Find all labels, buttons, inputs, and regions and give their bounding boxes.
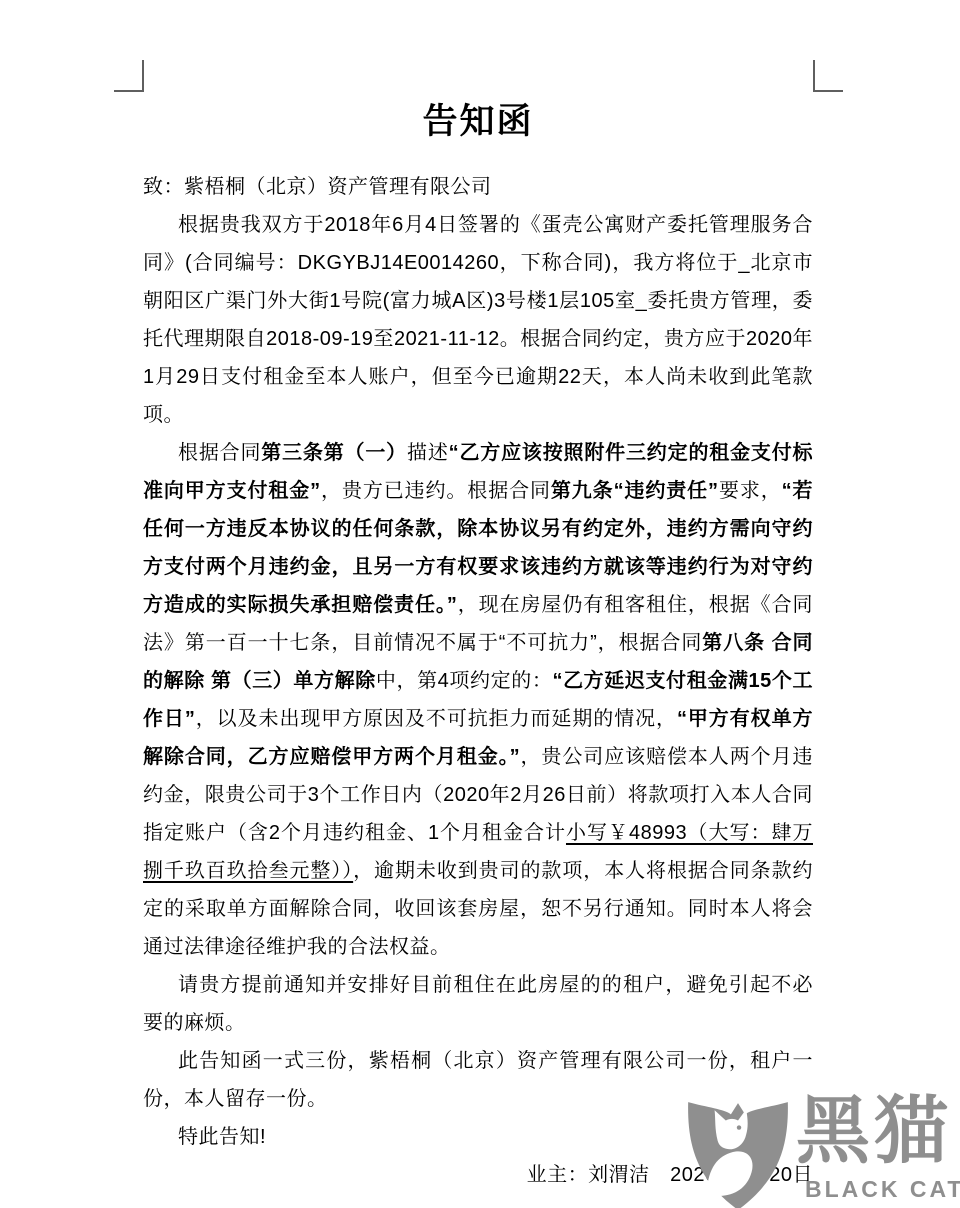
text-run: 特此告知!: [178, 1126, 266, 1148]
text-run: 要求，: [719, 480, 782, 502]
document-body: 致：紫梧桐（北京）资产管理有限公司根据贵我双方于2018年6月4日签署的《蛋壳公…: [143, 168, 813, 1194]
document-page: 告知函 致：紫梧桐（北京）资产管理有限公司根据贵我双方于2018年6月4日签署的…: [0, 0, 960, 1208]
text-boundary-mark-left: [114, 60, 144, 92]
text-run: 根据贵我双方于2018年6月4日签署的《蛋壳公寓财产委托管理服务合同》(合同编号…: [143, 214, 813, 426]
recipient-line: 致：紫梧桐（北京）资产管理有限公司: [143, 168, 813, 206]
letter-content: 告知函 致：紫梧桐（北京）资产管理有限公司根据贵我双方于2018年6月4日签署的…: [143, 94, 813, 1194]
text-run: 描述: [407, 442, 449, 464]
black-cat-watermark: 黑猫 BLACK CAT: [684, 1092, 960, 1208]
text-run: ，贵方已违约。根据合同: [321, 480, 551, 502]
page-title: 告知函: [143, 94, 813, 144]
text-run: ，以及未出现甲方原因及不可抗拒力而延期的情况，: [195, 708, 677, 730]
text-run: 第九条“违约责任”: [551, 480, 719, 502]
text-run: 致：紫梧桐（北京）资产管理有限公司: [143, 176, 492, 198]
text-run: 中，第4项约定的：: [376, 670, 553, 692]
text-run: 根据合同: [178, 442, 261, 464]
black-cat-shield-icon: [684, 1094, 792, 1208]
paragraph-contract-info: 根据贵我双方于2018年6月4日签署的《蛋壳公寓财产委托管理服务合同》(合同编号…: [143, 206, 813, 434]
black-cat-logo-en-text: BLACK CAT: [805, 1176, 960, 1203]
text-run: 第三条第（一）: [261, 442, 407, 464]
paragraph-notify-tenant: 请贵方提前通知并安排好目前租住在此房屋的的租户，避免引起不必要的麻烦。: [143, 966, 813, 1042]
black-cat-logo-cn-text: 黑猫: [796, 1088, 952, 1174]
text-run: 请贵方提前通知并安排好目前租住在此房屋的的租户，避免引起不必要的麻烦。: [143, 974, 813, 1034]
paragraph-breach-terms: 根据合同第三条第（一）描述“乙方应该按照附件三约定的租金支付标准向甲方支付租金”…: [143, 434, 813, 966]
text-boundary-mark-right: [813, 60, 843, 92]
